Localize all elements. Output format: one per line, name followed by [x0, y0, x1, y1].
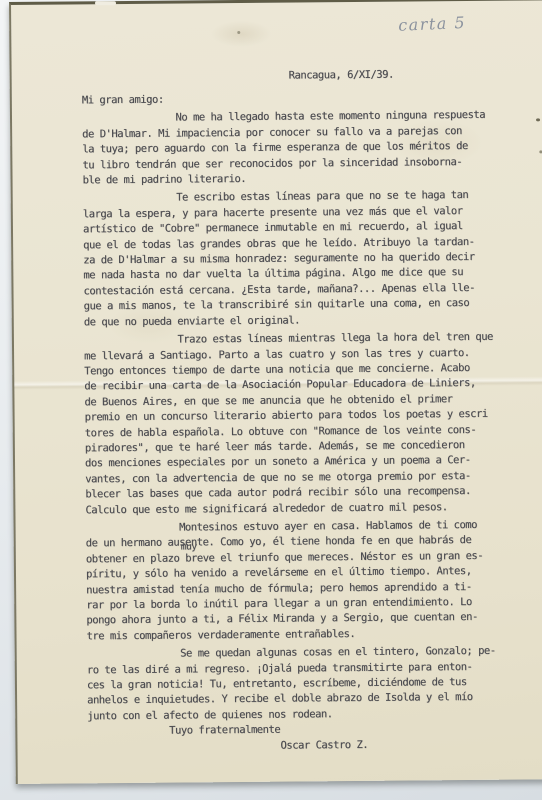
closing-line: Tuyo fraternalmente [87, 720, 542, 740]
handwritten-note: carta 5 [398, 13, 467, 35]
signature: Oscar Castro Z. [280, 738, 368, 753]
ink-speck [237, 31, 240, 34]
paragraph: Trazo estas líneas mientras llega la hor… [84, 329, 542, 518]
interline-insertion: muy [181, 542, 197, 551]
letter-paper: carta 5 Rancagua, 6/XI/39. Mi gran amigo… [9, 0, 542, 784]
salutation: Mi gran amigo: [82, 89, 542, 109]
paragraph: Se me quedan algunas cosas en el tintero… [87, 643, 542, 724]
dateline: Rancagua, 6/XI/39. [289, 68, 394, 83]
paper-edge-tear [95, 1, 116, 5]
paper-stain [211, 21, 271, 48]
paragraph: No me ha llegado hasta este momento ning… [82, 108, 542, 189]
paragraph: Te escribo estas líneas para que no se t… [83, 188, 542, 331]
paragraphs-container: No me ha llegado hasta este momento ning… [82, 108, 542, 725]
letter-body: Mi gran amigo: No me ha llegado hasta es… [82, 89, 542, 740]
paragraph: Montesinos estuvo ayer en casa. Hablamos… [86, 517, 542, 644]
